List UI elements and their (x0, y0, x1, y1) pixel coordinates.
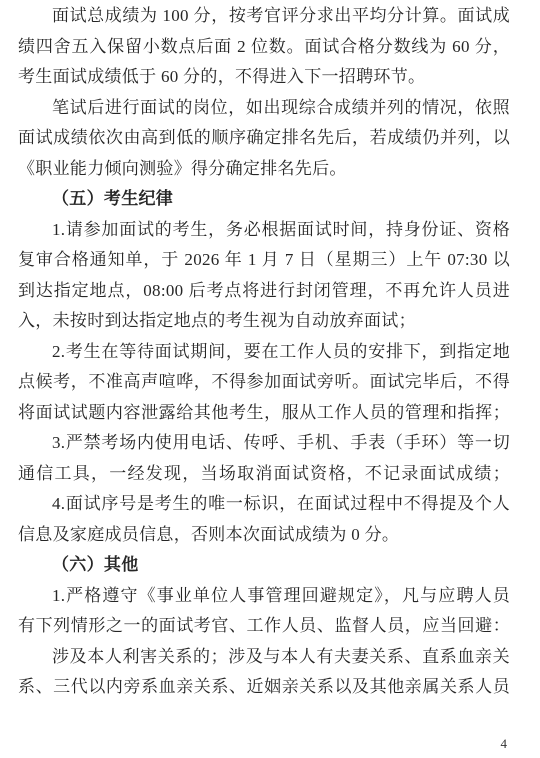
document-page: 面试总成绩为 100 分，按考官评分求出平均分计算。面试成 绩四舍五入保留小数点… (0, 0, 540, 758)
text-line: 有下列情形之一的面试考官、工作人员、监督人员，应当回避： (18, 611, 510, 642)
text-line: 2.考生在等待面试期间，要在工作人员的安排下，到指定地 (18, 337, 510, 368)
document-text-block: 面试总成绩为 100 分，按考官评分求出平均分计算。面试成 绩四舍五入保留小数点… (18, 1, 510, 703)
text-line: 面试成绩依次由高到低的顺序确定排名先后，若成绩仍并列，以 (18, 123, 510, 154)
page-number: 4 (501, 736, 508, 751)
text-line: 涉及本人利害关系的；涉及与本人有夫妻关系、直系血亲关 (18, 642, 510, 673)
text-line: 3.严禁考场内使用电话、传呼、手机、手表（手环）等一切 (18, 428, 510, 459)
text-line: 将面试试题内容泄露给其他考生，服从工作人员的管理和指挥； (18, 398, 510, 429)
text-line: 通信工具，一经发现，当场取消面试资格，不记录面试成绩； (18, 459, 510, 490)
section-heading: （五）考生纪律 (18, 184, 510, 215)
text-line: 考生面试成绩低于 60 分的，不得进入下一招聘环节。 (18, 62, 510, 93)
text-line: 《职业能力倾向测验》得分确定排名先后。 (18, 154, 510, 185)
section-heading: （六）其他 (18, 550, 510, 581)
text-line: 系、三代以内旁系血亲关系、近姻亲关系以及其他亲属关系人员 (18, 672, 510, 703)
text-line: 笔试后进行面试的岗位，如出现综合成绩并列的情况，依照 (18, 93, 510, 124)
text-line: 4.面试序号是考生的唯一标识，在面试过程中不得提及个人 (18, 489, 510, 520)
text-line: 复审合格通知单，于 2026 年 1 月 7 日（星期三）上午 07:30 以前 (18, 245, 510, 276)
text-line: 点候考，不准高声喧哗，不得参加面试旁听。面试完毕后，不得 (18, 367, 510, 398)
text-line: 入，未按时到达指定地点的考生视为自动放弃面试； (18, 306, 510, 337)
text-line: 面试总成绩为 100 分，按考官评分求出平均分计算。面试成 (18, 1, 510, 32)
text-line: 到达指定地点，08:00 后考点将进行封闭管理，不再允许人员进 (18, 276, 510, 307)
text-line: 信息及家庭成员信息，否则本次面试成绩为 0 分。 (18, 520, 510, 551)
text-line: 1.请参加面试的考生，务必根据面试时间，持身份证、资格 (18, 215, 510, 246)
text-line: 1.严格遵守《事业单位人事管理回避规定》，凡与应聘人员 (18, 581, 510, 612)
text-line: 绩四舍五入保留小数点后面 2 位数。面试合格分数线为 60 分， (18, 32, 510, 63)
